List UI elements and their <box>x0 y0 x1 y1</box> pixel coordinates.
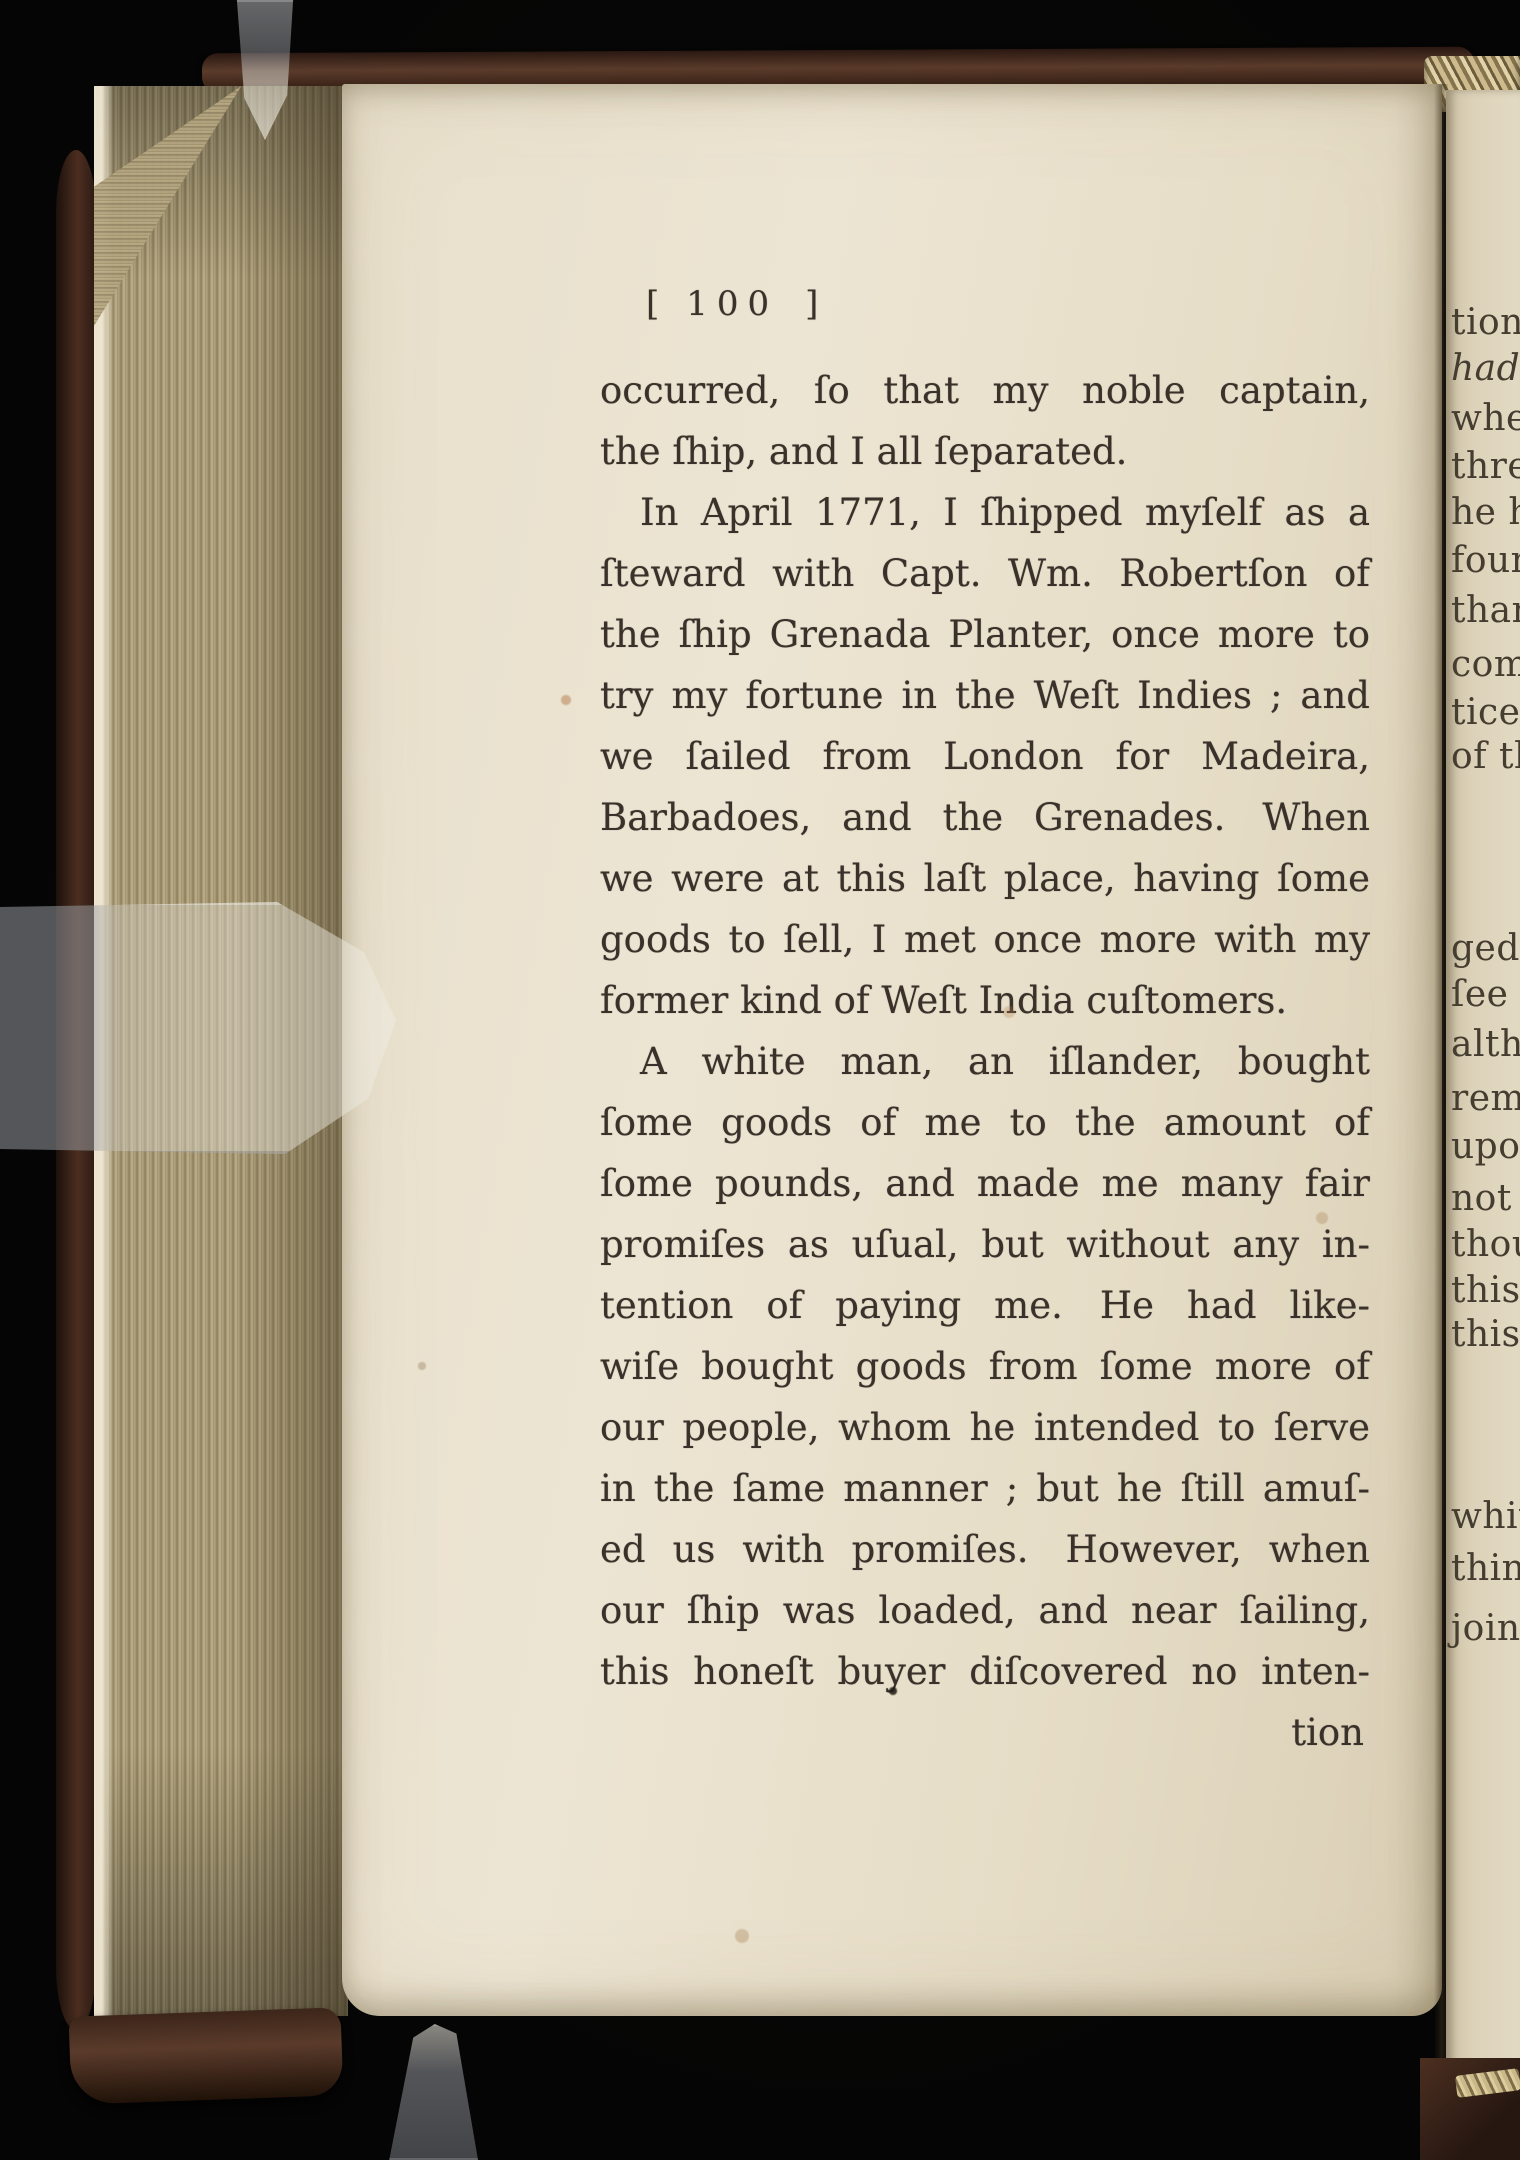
text-line: the ſhip Grenada Planter, once more to <box>600 604 1370 665</box>
header-open-bracket: [ <box>646 282 659 360</box>
next-page-text-fragment: threate <box>1451 446 1520 487</box>
next-page-text-fragment: thoug <box>1451 1224 1520 1265</box>
text-line: occurred, ſo that my noble captain, <box>600 360 1370 421</box>
next-page-text-fragment: not h <box>1451 1178 1520 1219</box>
book-photo: [ 100 ] occurred, ſo that my noble capta… <box>0 0 1520 2160</box>
catchword: tion <box>600 1702 1370 1763</box>
next-page-text: tion ohad bowhenthreatehe hadfoundthanco… <box>1446 0 1520 2160</box>
next-page-text-fragment: tice o <box>1451 692 1520 733</box>
text-line: promiſes as uſual, but without any in- <box>600 1214 1370 1275</box>
next-page-text-fragment: found <box>1451 540 1520 581</box>
text-line: we ſailed from London for Madeira, <box>600 726 1370 787</box>
text-line: wiſe bought goods from ſome more of <box>600 1336 1370 1397</box>
text-line: ſome goods of me to the amount of <box>600 1092 1370 1153</box>
text-line: our ſhip was loaded, and near ſailing, <box>600 1580 1370 1641</box>
next-page-text-fragment: had bo <box>1451 348 1520 389</box>
book-weight-strap-left <box>0 902 396 1154</box>
next-page-text-fragment: whit <box>1451 1496 1520 1537</box>
text-line: In April 1771, I ſhipped myſelf as a <box>600 482 1370 543</box>
book-weight-strap-bottom <box>382 2024 502 2160</box>
next-page-text-fragment: ſee us <box>1451 974 1520 1015</box>
next-page-text-fragment: ged t <box>1451 928 1520 969</box>
page-number: 100 <box>686 282 778 360</box>
header-close-bracket: ] <box>805 282 818 360</box>
next-page-text-fragment: upon <box>1451 1126 1520 1167</box>
text-line: Barbadoes, and the Grenades. When <box>600 787 1370 848</box>
text-line: goods to ſell, I met once more with my <box>600 909 1370 970</box>
text-line: A white man, an iſlander, bought <box>600 1031 1370 1092</box>
next-page-text-fragment: comp <box>1451 644 1520 685</box>
body-text: occurred, ſo that my noble captain,the ſ… <box>600 360 1370 1702</box>
text-line: we were at this laſt place, having ſome <box>600 848 1370 909</box>
next-page-text-fragment: althou <box>1451 1024 1520 1065</box>
text-line: try my fortune in the Weſt Indies ; and <box>600 665 1370 726</box>
page-text-block: [ 100 ] occurred, ſo that my noble capta… <box>600 282 1370 1763</box>
page-number-header: [ 100 ] <box>646 282 1370 360</box>
text-line: ed us with promiſes. However, when <box>600 1519 1370 1580</box>
bottom-left-cover-edge <box>69 2007 344 2104</box>
text-line: ſteward with Capt. Wm. Robertſon of <box>600 543 1370 604</box>
text-line: tention of paying me. He had like- <box>600 1275 1370 1336</box>
text-line: former kind of Weſt India cuſtomers. <box>600 970 1370 1031</box>
next-page-text-fragment: this n <box>1451 1270 1520 1311</box>
next-page-text-fragment: of the <box>1451 736 1520 777</box>
next-page-text-fragment: he had <box>1451 492 1520 533</box>
next-page-text-fragment: thin <box>1451 1548 1520 1589</box>
text-line: this honeſt buyer diſcovered no inten- <box>600 1641 1370 1702</box>
next-page-text-fragment: join <box>1451 1608 1520 1649</box>
text-line: in the ſame manner ; but he ſtill amuſ- <box>600 1458 1370 1519</box>
text-line: our people, whom he intended to ſerve <box>600 1397 1370 1458</box>
text-line: ſome pounds, and made me many fair <box>600 1153 1370 1214</box>
next-page-text-fragment: than <box>1451 590 1520 631</box>
text-line: the ſhip, and I all ſeparated. <box>600 421 1370 482</box>
next-page-text-fragment: when <box>1451 398 1520 439</box>
next-page-text-fragment: tion o <box>1451 302 1520 343</box>
next-page-text-fragment: remed <box>1451 1078 1520 1119</box>
next-page-text-fragment: this <box>1451 1314 1520 1355</box>
